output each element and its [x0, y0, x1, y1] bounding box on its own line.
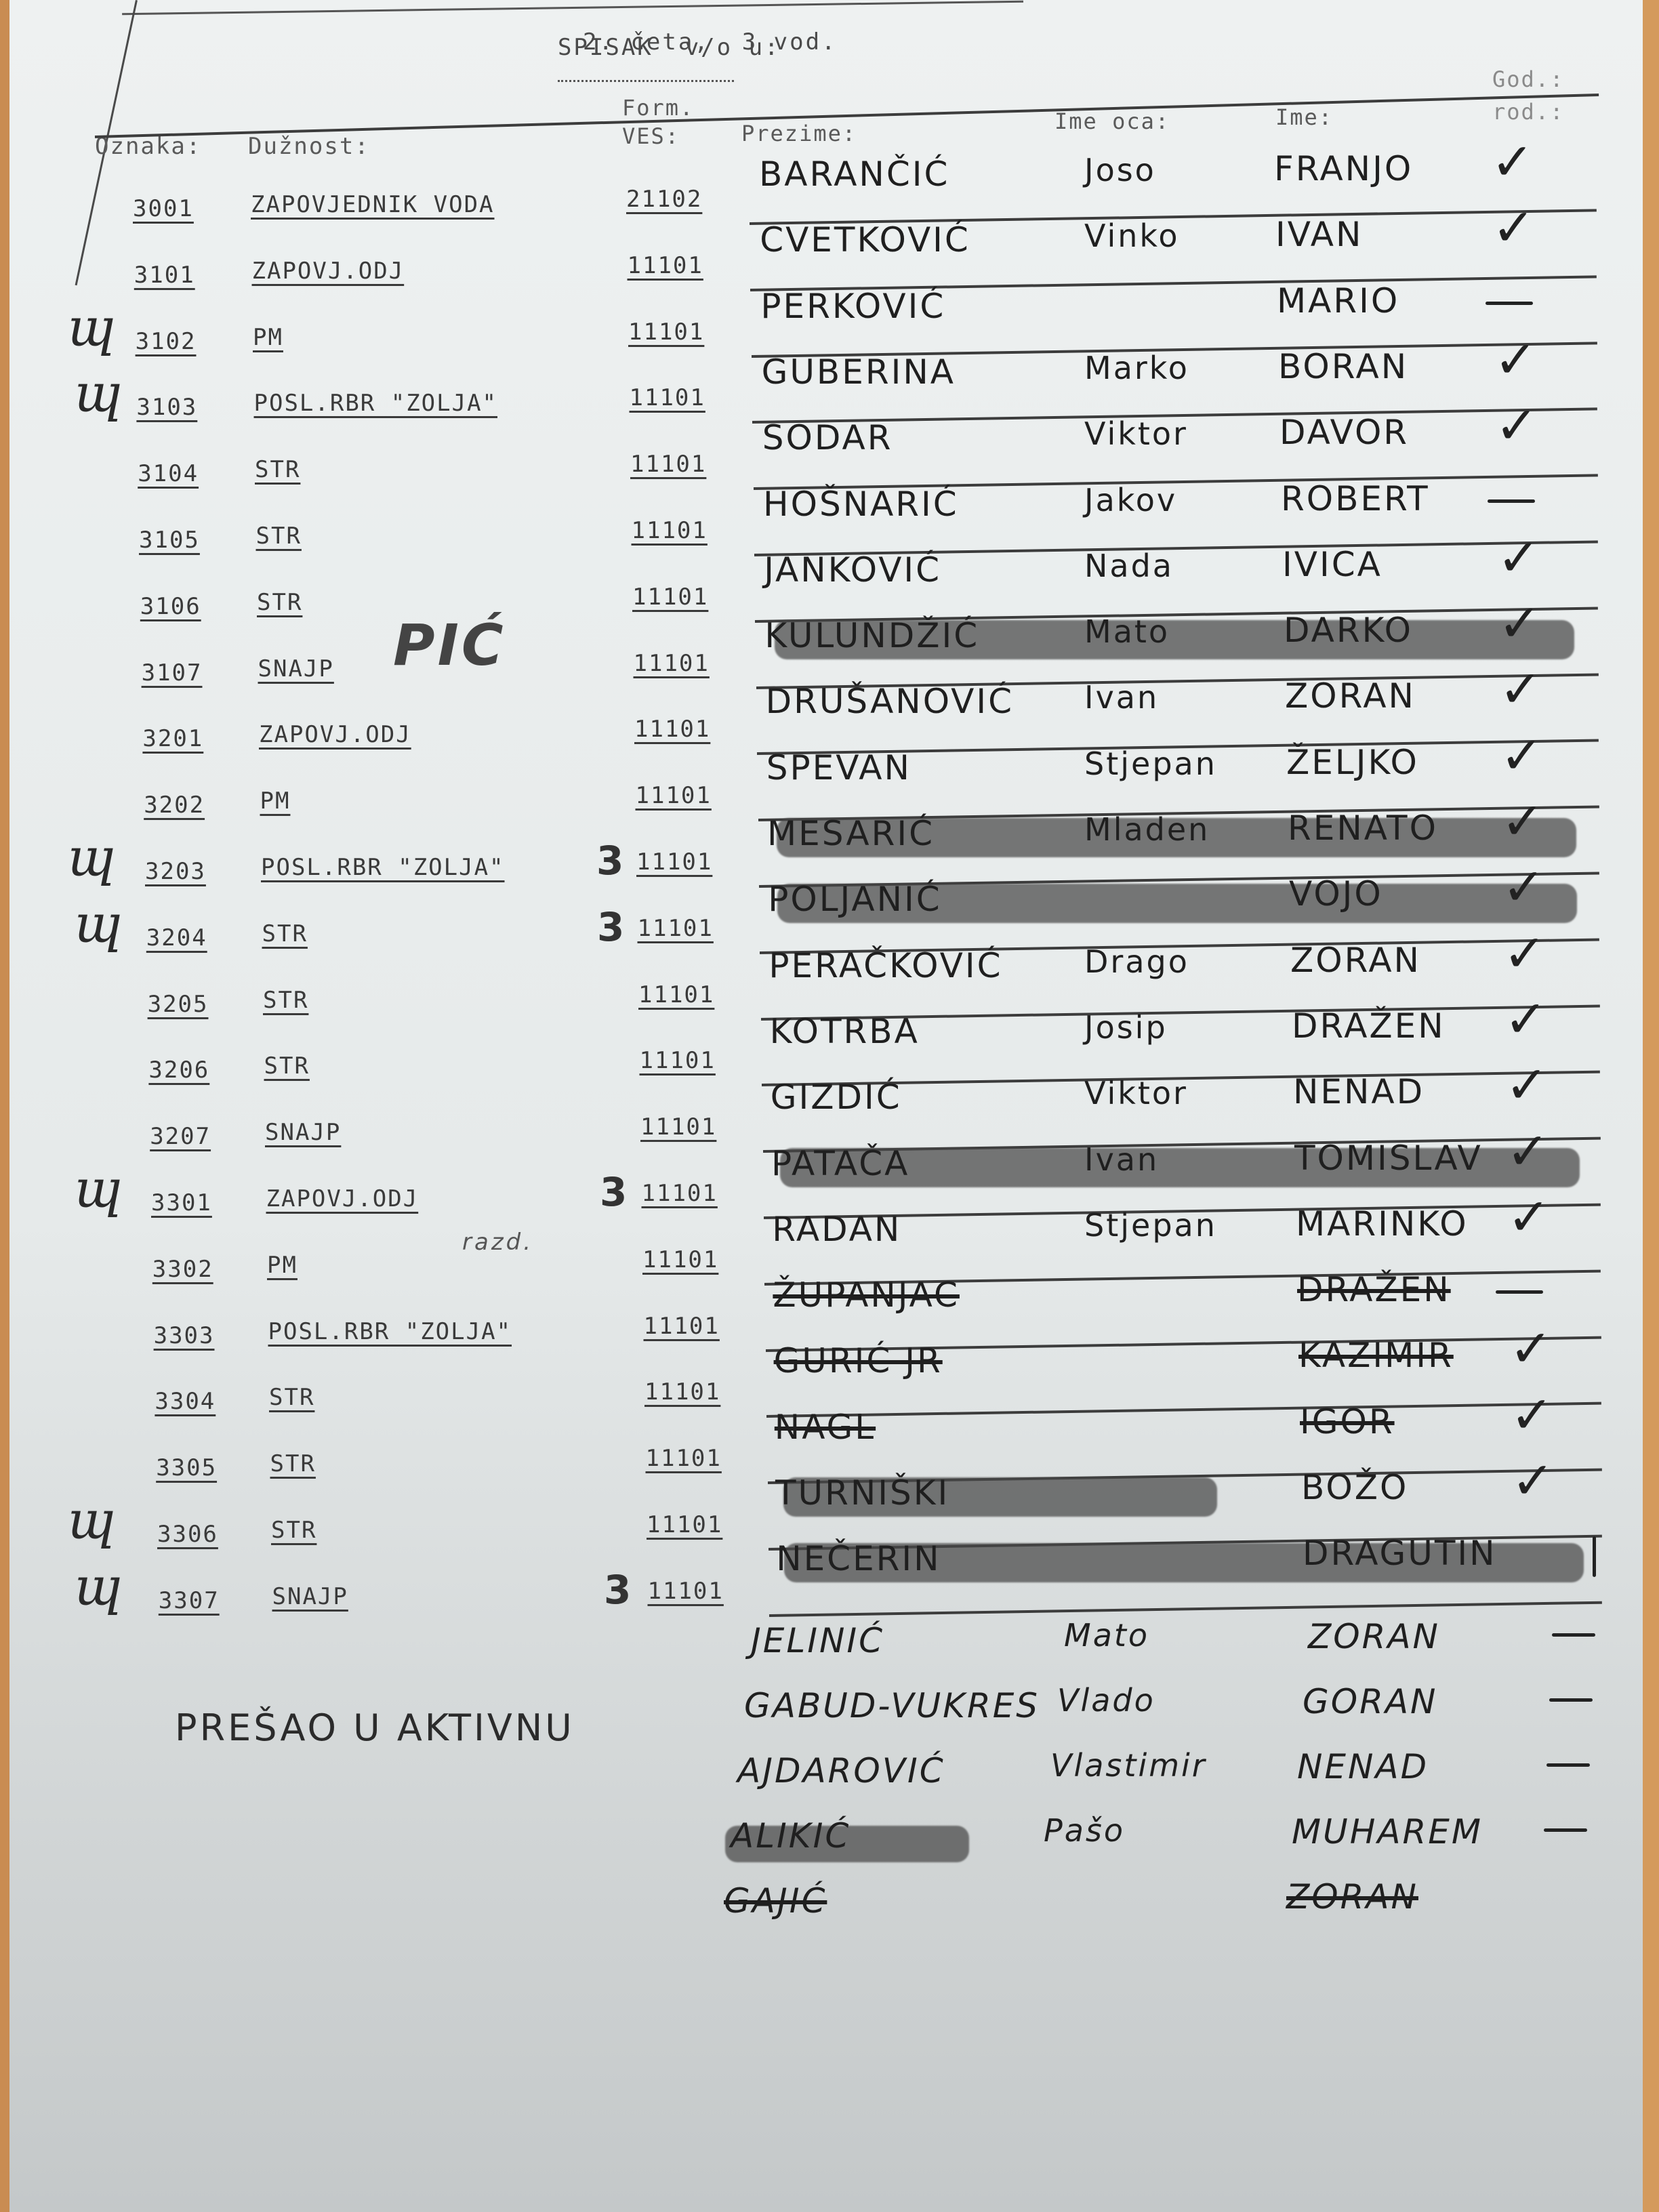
ime-oca-cell: Nada [1084, 548, 1174, 584]
prezime-cell: ŽUPANJAC [773, 1275, 960, 1315]
ime-cell: NENAD [1297, 1747, 1429, 1786]
oznaka-cell: 3201 [142, 725, 203, 752]
header-ime: Ime: [1275, 104, 1333, 130]
dash-mark [1544, 1828, 1587, 1832]
ime-cell: ZORAN [1285, 676, 1416, 716]
ime-cell: RENATO [1288, 808, 1438, 848]
oznaka-cell: 3202 [144, 792, 205, 819]
prezime-cell: DRUŠANOVIĆ [766, 682, 1014, 721]
ime-cell: GORAN [1303, 1682, 1437, 1721]
margin-check-icon: ɰ [75, 893, 123, 954]
oznaka-cell: 3302 [152, 1256, 213, 1283]
prezime-cell: GIZDIĆ [771, 1078, 902, 1117]
ime-oca-cell: Marko [1084, 350, 1189, 386]
duznost-cell: STR [262, 920, 308, 947]
ves-cell: 11101 [634, 716, 710, 743]
check-icon: ✓ [1511, 1450, 1555, 1511]
prezime-cell: PERAČKOVIĆ [769, 946, 1002, 985]
oznaka-cell: 3101 [134, 262, 195, 289]
ves-cell: 11101 [628, 252, 703, 279]
check-icon: ✓ [1494, 329, 1538, 390]
ves-cell: 11101 [630, 384, 705, 411]
bold-check-icon: ✓ [1499, 659, 1542, 719]
row-note: razd. [462, 1229, 533, 1256]
check-icon: ✓ [1498, 593, 1542, 653]
ves-cell: 11101 [648, 1578, 724, 1605]
ves-cell: 21102 [626, 186, 702, 213]
ime-oca-cell: Stjepan [1084, 1207, 1217, 1244]
header-duznost: Dužnost: [248, 133, 370, 160]
ime-cell: DRAŽEN [1297, 1270, 1451, 1309]
prezime-cell: KULUNDŽIĆ [764, 616, 979, 655]
prezime-cell: BARANČIĆ [759, 155, 949, 194]
ves-cell: 11101 [638, 981, 714, 1008]
prezime-cell: KOTRBA [770, 1012, 920, 1051]
duznost-cell: SNAJP [258, 655, 334, 682]
dash-mark [1488, 499, 1535, 503]
margin-check-icon: ɰ [75, 363, 123, 423]
duznost-cell: ZAPOVJ.ODJ [252, 258, 405, 285]
check-icon: ✓ [1505, 1054, 1549, 1115]
ime-oca-cell: Vlastimir [1050, 1747, 1207, 1784]
check-icon: ✓ [1507, 1121, 1550, 1181]
duznost-cell: STR [264, 1052, 310, 1080]
dash-mark [1486, 302, 1533, 305]
ves-cell: 11101 [636, 782, 712, 809]
prezime-cell: SODAR [762, 418, 893, 457]
duznost-cell: POSL.RBR "ZOLJA" [254, 390, 498, 417]
duznost-cell: PM [253, 324, 283, 351]
marker-3-icon: 3 [604, 1567, 631, 1613]
ime-oca-cell: Mato [1084, 613, 1170, 650]
ime-cell: ZORAN [1290, 941, 1421, 980]
duznost-cell: POSL.RBR "ZOLJA" [268, 1318, 512, 1345]
check-icon: ✓ [1495, 395, 1538, 455]
duznost-cell: ZAPOVJEDNIK VODA [251, 191, 495, 218]
ime-oca-cell: Vlado [1057, 1682, 1155, 1719]
ime-cell: DRAGUTIN [1303, 1534, 1497, 1573]
ime-cell: IVAN [1275, 215, 1363, 254]
prezime-cell: JANKOVIĆ [764, 550, 941, 590]
ves-cell: 11101 [647, 1511, 722, 1538]
ime-oca-cell: Vinko [1084, 218, 1180, 254]
ime-oca-cell: Josip [1084, 1009, 1168, 1046]
duznost-cell: SNAJP [265, 1119, 341, 1146]
ime-oca-cell: Drago [1084, 943, 1189, 980]
prezime-cell: PATAČA [771, 1144, 909, 1183]
duznost-cell: STR [269, 1384, 314, 1411]
ime-cell: DRAŽEN [1292, 1006, 1446, 1046]
dash-mark [1552, 1633, 1595, 1637]
prezime-cell: POLJANIĆ [768, 880, 942, 919]
duznost-cell: STR [263, 987, 308, 1014]
title-blank-field [558, 80, 734, 82]
oznaka-cell: 3206 [148, 1057, 209, 1084]
margin-check-icon: ɰ [68, 827, 117, 887]
ime-oca-cell: Ivan [1084, 1141, 1159, 1178]
ime-cell: MUHAREM [1292, 1812, 1483, 1851]
oznaka-cell: 3303 [154, 1322, 215, 1349]
duznost-cell: STR [270, 1450, 316, 1477]
duznost-cell: PM [260, 787, 291, 815]
check-icon: ✓ [1503, 923, 1547, 983]
ves-cell: 11101 [634, 650, 710, 677]
prezime-cell: GABUD-VUKRES [744, 1686, 1040, 1725]
oznaka-cell: 3203 [145, 858, 206, 885]
duznost-cell: ZAPOVJ.ODJ [259, 721, 411, 748]
prezime-cell: GAJIĆ [724, 1881, 827, 1921]
ves-cell: 11101 [642, 1180, 718, 1207]
ime-cell: BOŽO [1301, 1468, 1408, 1507]
prezime-cell: HOŠNARIĆ [763, 485, 959, 524]
ime-cell: DAVOR [1279, 413, 1409, 452]
oznaka-cell: 3301 [151, 1189, 212, 1216]
ime-cell: MARINKO [1296, 1204, 1469, 1244]
prezime-cell: ALIKIĆ [731, 1816, 851, 1856]
margin-check-icon: ɰ [75, 1158, 123, 1218]
prezime-cell: AJDAROVIĆ [737, 1751, 945, 1790]
ime-cell: KAZIMIR [1298, 1336, 1454, 1375]
ime-oca-cell: Jakov [1084, 482, 1177, 518]
prezime-cell: NEČERIN [776, 1539, 941, 1578]
ves-cell: 11101 [628, 319, 704, 346]
duznost-cell: POSL.RBR "ZOLJA" [261, 854, 505, 881]
margin-check-icon: ɰ [68, 297, 117, 357]
ime-oca-cell: Viktor [1084, 1075, 1188, 1111]
ime-cell: ROBERT [1281, 479, 1430, 518]
bar-mark [1593, 1536, 1596, 1577]
ime-oca-cell: Mato [1064, 1617, 1149, 1654]
prezime-cell: GUBERINA [762, 352, 956, 392]
ime-cell: IGOR [1300, 1402, 1395, 1441]
ves-cell: 11101 [632, 583, 708, 611]
desk-edge [1643, 0, 1659, 2212]
prezime-cell: PERKOVIĆ [760, 287, 945, 326]
ves-cell: 11101 [644, 1313, 720, 1340]
check-icon: ✓ [1491, 131, 1534, 192]
oznaka-cell: 3307 [159, 1587, 220, 1614]
margin-check-icon: ɰ [68, 1490, 117, 1550]
ime-cell: ŽELJKO [1286, 743, 1419, 782]
oznaka-cell: 3107 [142, 659, 203, 687]
ime-oca-cell: Mladen [1084, 811, 1210, 848]
dash-mark [1496, 1290, 1543, 1294]
duznost-cell: STR [256, 523, 302, 550]
ime-cell: ZORAN [1308, 1617, 1440, 1656]
ime-cell: IVICA [1282, 545, 1382, 584]
oznaka-cell: 3304 [155, 1388, 216, 1415]
row-note: PIĆ [393, 612, 506, 678]
oznaka-cell: 3205 [148, 991, 209, 1018]
ves-cell: 11101 [644, 1378, 720, 1406]
duznost-cell: PM [267, 1252, 298, 1279]
ime-cell: BORAN [1278, 347, 1408, 386]
ves-cell: 11101 [638, 915, 714, 942]
oznaka-cell: 3306 [157, 1521, 218, 1548]
ves-cell: 11101 [636, 848, 712, 876]
ime-oca-cell: Viktor [1084, 415, 1188, 452]
ime-cell: TOMISLAV [1294, 1139, 1483, 1178]
oznaka-cell: 3207 [150, 1123, 211, 1150]
oznaka-cell: 3305 [156, 1454, 217, 1481]
ime-cell: FRANJO [1274, 149, 1413, 188]
check-icon: ✓ [1502, 857, 1546, 917]
ves-cell: 11101 [640, 1047, 716, 1074]
marker-3-icon: 3 [597, 904, 624, 950]
prezime-cell: CVETKOVIĆ [760, 220, 970, 260]
duznost-cell: STR [257, 589, 302, 616]
check-icon: ✓ [1500, 725, 1544, 785]
header-prezime: Prezime: [741, 121, 857, 146]
ime-cell: VOJO [1289, 874, 1383, 914]
oznaka-cell: 3001 [133, 195, 194, 222]
marker-3-icon: 3 [596, 838, 623, 884]
ime-cell: DARKO [1284, 611, 1413, 650]
ime-cell: ZORAN [1286, 1877, 1418, 1917]
check-icon: ✓ [1507, 1187, 1551, 1247]
prezime-cell: JELINIĆ [751, 1621, 884, 1660]
oznaka-cell: 3103 [136, 394, 197, 421]
ime-cell: MARIO [1277, 281, 1399, 321]
header-form: Form. [622, 95, 694, 121]
margin-check-icon: ɰ [75, 1556, 123, 1616]
ime-cell: NENAD [1293, 1072, 1425, 1111]
check-icon: ✓ [1509, 1318, 1553, 1378]
transfer-row: GAJIĆZORAN [0, 0, 1626, 65]
ime-oca-cell: Stjepan [1084, 745, 1217, 782]
oznaka-cell: 3105 [139, 527, 200, 554]
header-ves: VES: [622, 123, 680, 149]
dash-mark [1547, 1763, 1590, 1767]
check-icon: ✓ [1504, 989, 1548, 1049]
oznaka-cell: 3102 [136, 328, 197, 355]
header-god: God.: [1492, 66, 1564, 92]
prezime-cell: MESARIĆ [767, 814, 935, 853]
prezime-cell: GURIĆ JR [774, 1341, 943, 1380]
ime-oca-cell: Pašo [1044, 1812, 1125, 1849]
ime-oca-cell: Ivan [1084, 679, 1159, 716]
prezime-cell: TURNIŠKI [775, 1473, 949, 1513]
ves-cell: 11101 [640, 1113, 716, 1141]
prezime-cell: SPEVAN [766, 748, 912, 787]
ves-cell: 11101 [630, 451, 706, 478]
ves-cell: 11101 [642, 1246, 718, 1273]
oznaka-cell: 3106 [140, 593, 201, 620]
duznost-cell: STR [255, 456, 300, 483]
prezime-cell: RADAN [772, 1210, 901, 1249]
ves-cell: 11101 [632, 517, 708, 544]
ves-cell: 11101 [646, 1445, 722, 1472]
duznost-cell: SNAJP [272, 1583, 348, 1610]
transfer-note: PREŠAO U AKTIVNU [175, 1706, 575, 1749]
duznost-cell: STR [271, 1517, 316, 1544]
marker-3-icon: 3 [600, 1169, 627, 1215]
check-icon: ✓ [1492, 197, 1536, 258]
header-rod: rod.: [1492, 99, 1564, 125]
check-icon: ✓ [1497, 527, 1540, 588]
oznaka-cell: 3104 [138, 460, 199, 487]
oznaka-cell: 3204 [146, 924, 207, 951]
ime-oca-cell: Joso [1084, 152, 1156, 188]
check-icon: ✓ [1511, 1385, 1554, 1445]
dash-mark [1549, 1698, 1593, 1702]
duznost-cell: ZAPOVJ.ODJ [266, 1185, 419, 1212]
header-ime-oca: Ime oca: [1054, 108, 1170, 134]
prezime-cell: NAGL [775, 1408, 876, 1447]
check-icon: ✓ [1501, 791, 1544, 851]
